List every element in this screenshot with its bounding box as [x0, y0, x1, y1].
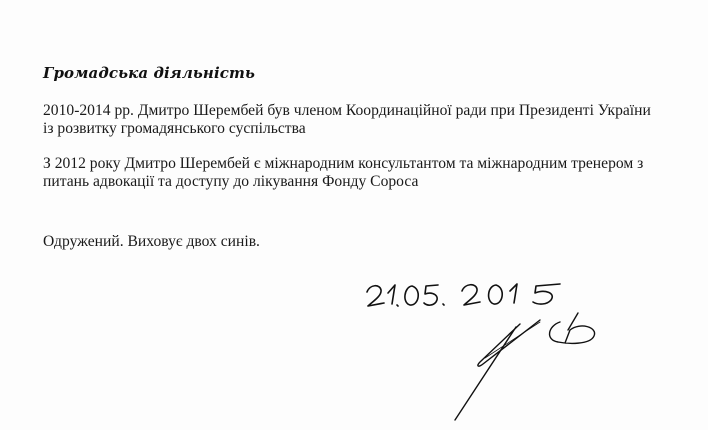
paragraph-soros-consultant: З 2012 року Дмитро Шерембей є міжнародни…: [43, 155, 643, 191]
document-page: Громадська діяльність 2010-2014 рр. Дмит…: [0, 0, 708, 430]
paragraph-line: питань адвокації та доступу до лікування…: [43, 173, 643, 191]
handwritten-date-text: 21.05.2015: [0, 0, 1, 1]
handwritten-date: [367, 284, 560, 306]
paragraph-council-membership: 2010-2014 рр. Дмитро Шерембей був членом…: [43, 102, 651, 138]
section-heading: Громадська діяльність: [43, 64, 255, 82]
paragraph-line: 2010-2014 рр. Дмитро Шерембей був членом…: [43, 102, 651, 120]
signature-icon: [455, 313, 595, 420]
paragraph-line: Одружений. Виховує двох синів.: [43, 233, 260, 251]
paragraph-line: із розвитку громадянського суспільства: [43, 120, 651, 138]
paragraph-family: Одружений. Виховує двох синів.: [43, 233, 260, 251]
paragraph-line: З 2012 року Дмитро Шерембей є міжнародни…: [43, 155, 643, 173]
